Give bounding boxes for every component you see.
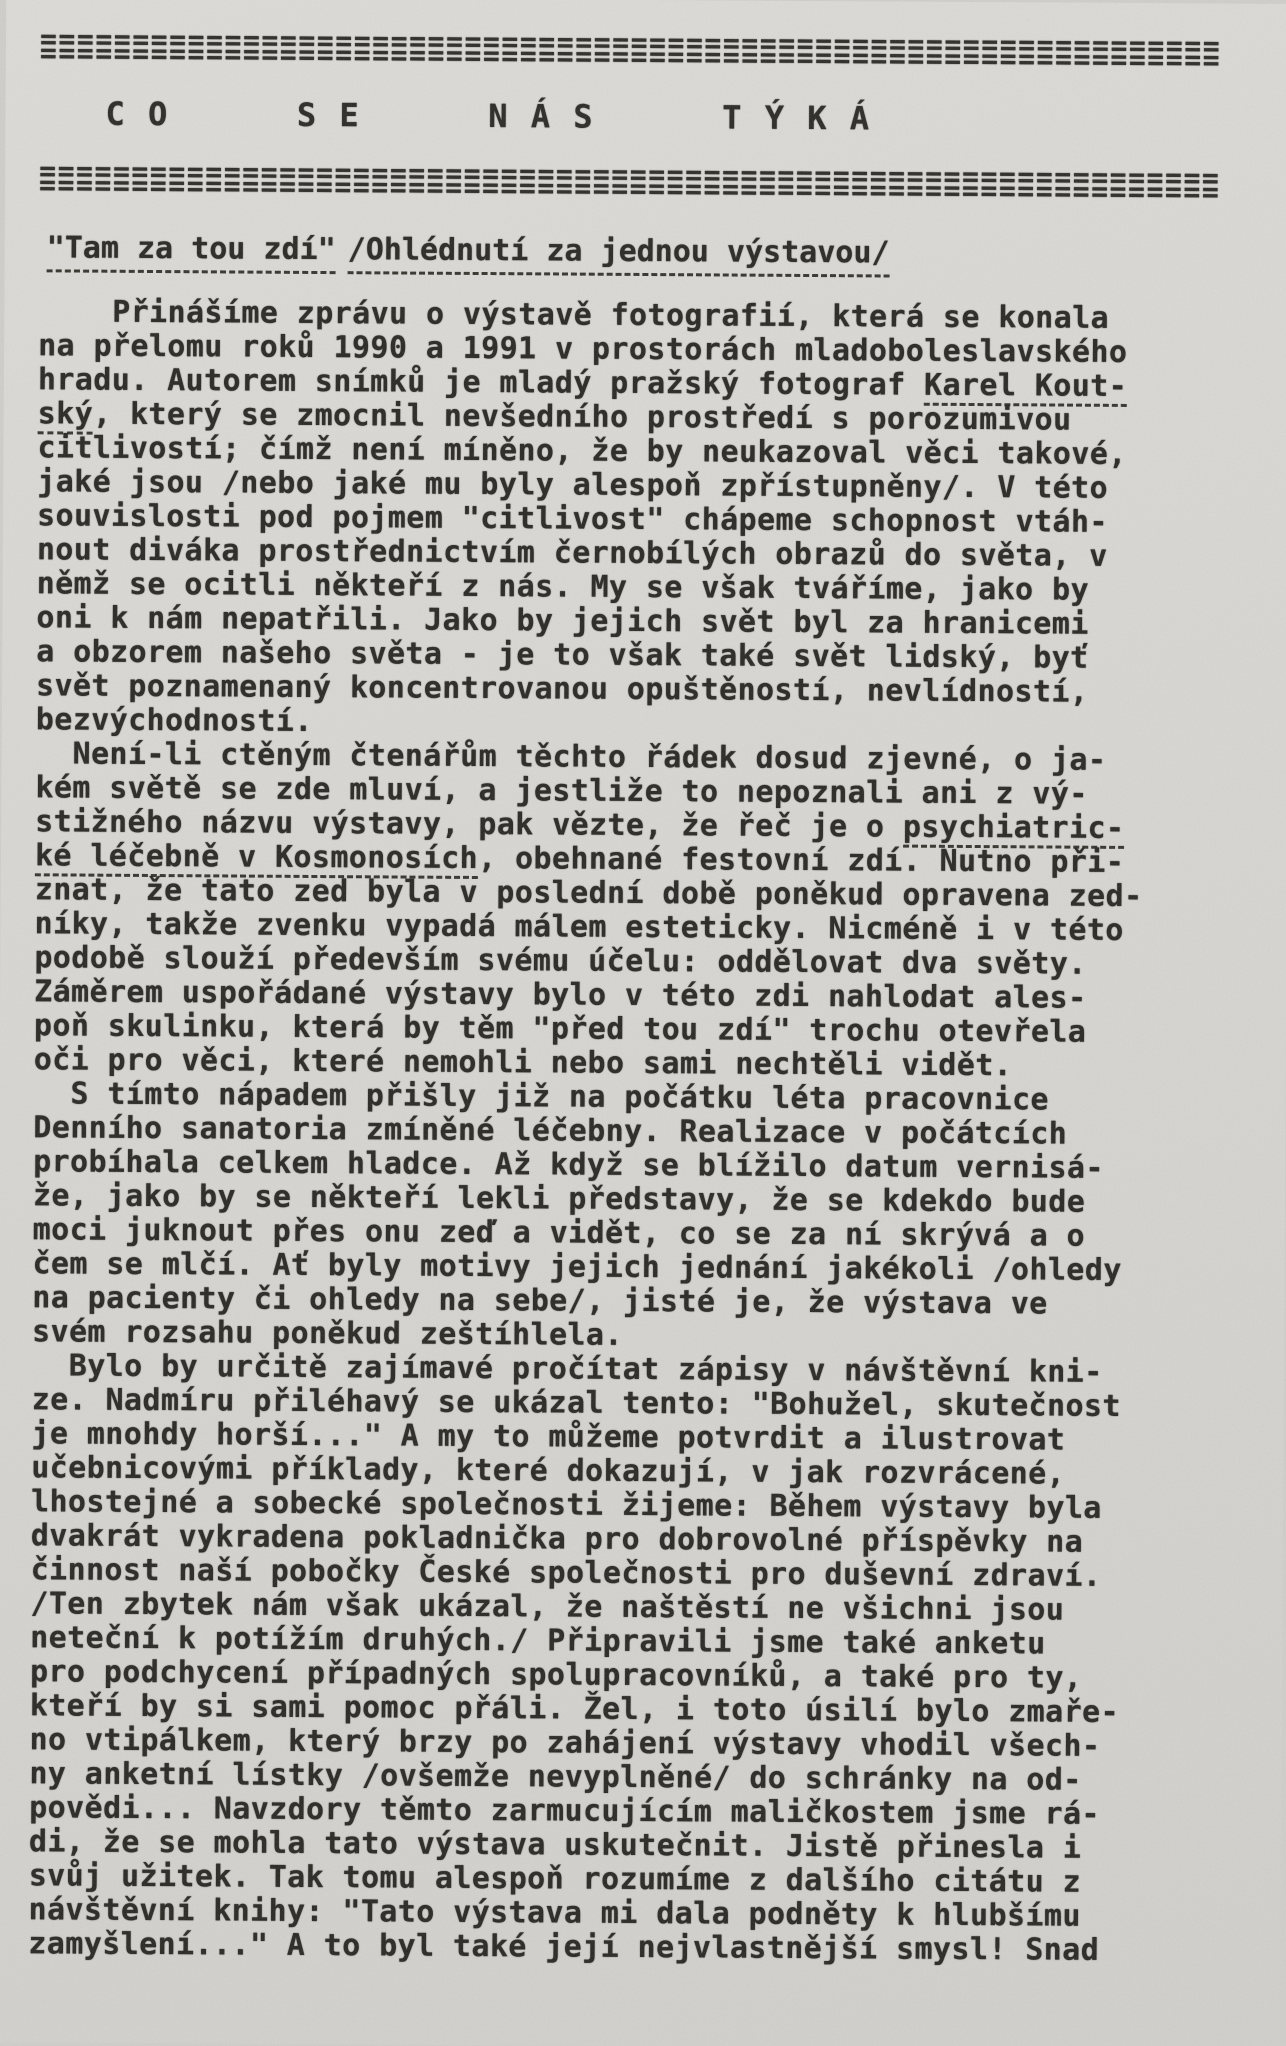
separator-row: ========================================…: [39, 178, 1273, 200]
paragraph: Přinášíme zprávu o výstavě fotografií, k…: [36, 295, 1273, 745]
paragraph: Není-li ctěným čtenářům těchto řádek dos…: [34, 737, 1270, 1085]
paragraph: Bylo by určitě zajímavé pročítat zápisy …: [28, 1349, 1266, 1969]
paragraph: S tímto nápadem přišly již na počátku lé…: [32, 1077, 1268, 1357]
article-title: "Tam za tou zdí": [47, 230, 336, 274]
underlined-text: ský: [38, 396, 94, 434]
text-run: zamyšlení..." A to byl také její nejvlas…: [28, 1926, 1099, 1968]
page: ========================================…: [0, 0, 1286, 2046]
text-run: svém rozsahu poněkud zeštíhlela.: [32, 1314, 623, 1353]
article-heading: "Tam za tou zdí"/Ohlédnutí za jednou výs…: [47, 230, 1273, 272]
text-run: bezvýchodností.: [36, 702, 313, 739]
separator-row: ========================================…: [40, 46, 1274, 68]
separator-line-top: ========================================…: [40, 32, 1274, 68]
separator-line-bottom: ========================================…: [39, 164, 1273, 200]
document-body: Přinášíme zprávu o výstavě fotografií, k…: [28, 295, 1272, 1969]
page-title: C O S E N Á S T Ý K Á: [105, 95, 1273, 140]
article-subtitle: /Ohlédnutí za jednou výstavou/: [348, 232, 890, 277]
text-run: , obehnané festovní zdí. Nutno při-: [478, 841, 1124, 880]
text-line: zamyšlení..." A to byl také její nejvlas…: [28, 1927, 1262, 1969]
page-content: ========================================…: [0, 0, 1286, 1969]
